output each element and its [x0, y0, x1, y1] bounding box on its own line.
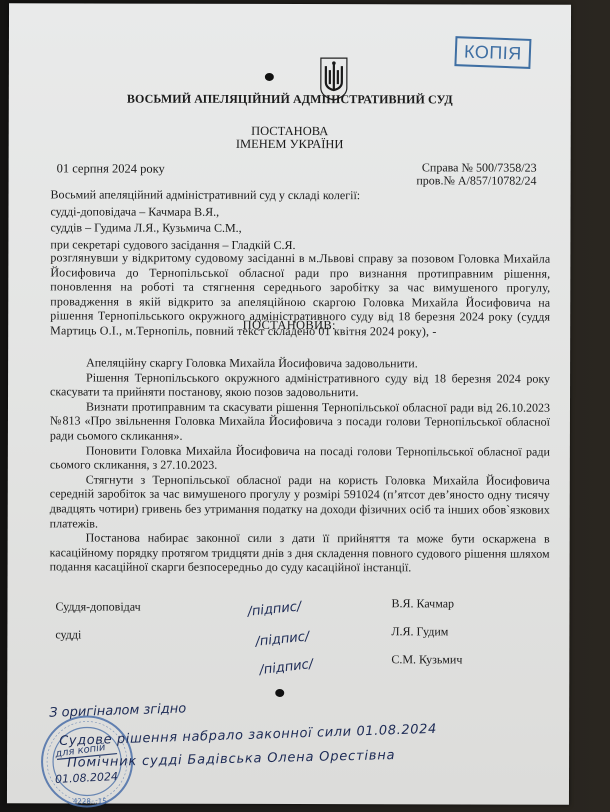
seal-code: 4228…15: [73, 797, 107, 805]
punch-hole-dot: [275, 689, 284, 697]
judge-name: В.Я. Качмар: [391, 596, 454, 611]
document-subtitle: ІМЕНЕМ УКРАЇНИ: [9, 136, 571, 152]
proceeding-number: пров.№ А/857/10782/24: [416, 174, 536, 187]
signed-mark: /підпис/: [247, 599, 302, 619]
ruling-item: Апеляційну скаргу Головка Михайла Йосифо…: [50, 355, 550, 371]
copy-stamp: КОПІЯ: [454, 36, 531, 69]
judge-name: Л.Я. Гудим: [391, 624, 448, 639]
reporting-judge-label: Суддя-доповідач: [55, 599, 140, 614]
judges-label: судді: [55, 627, 81, 642]
ruling-item: Стягнути з Тернопільської обласної ради …: [50, 472, 550, 532]
court-name: ВОСЬМИЙ АПЕЛЯЦІЙНИЙ АДМІНІСТРАТИВНИЙ СУД: [9, 91, 571, 107]
document-page: КОПІЯ ВОСЬМИЙ АПЕЛЯЦІЙНИЙ АДМІНІСТРАТИВН…: [7, 3, 571, 804]
panel-composition: Восьмий апеляційний адміністративний суд…: [50, 187, 550, 253]
ruling-header: ПОСТАНОВИВ:: [8, 317, 570, 333]
ruling-body: Апеляційну скаргу Головка Михайла Йосифо…: [50, 355, 551, 575]
case-numbers: Справа № 500/7358/23 пров.№ А/857/10782/…: [416, 161, 536, 187]
punch-hole-dot: [265, 73, 274, 81]
ruling-item: Постанова набирає законної сили з дати ї…: [50, 530, 550, 575]
panel-intro: Восьмий апеляційний адміністративний суд…: [51, 187, 551, 203]
ruling-item: Поновити Головка Михайла Йосифовича на п…: [50, 443, 550, 473]
ruling-item: Рішення Тернопільського окружного адміні…: [50, 370, 550, 400]
reporting-judge: судді-доповідача – Качмара В.Я.,: [50, 204, 550, 220]
signed-mark: /підпис/: [259, 657, 314, 678]
signed-mark: /підпис/: [255, 629, 310, 649]
handwritten-note-line: З оригіналом згідно: [49, 701, 186, 720]
judges: суддів – Гудима Л.Я., Кузьмича С.М.,: [50, 221, 550, 237]
judge-name: С.М. Кузьмич: [391, 652, 462, 667]
ruling-item: Визнати протиправним та скасувати рішенн…: [50, 399, 550, 444]
decision-date: 01 серпня 2024 року: [57, 161, 165, 176]
